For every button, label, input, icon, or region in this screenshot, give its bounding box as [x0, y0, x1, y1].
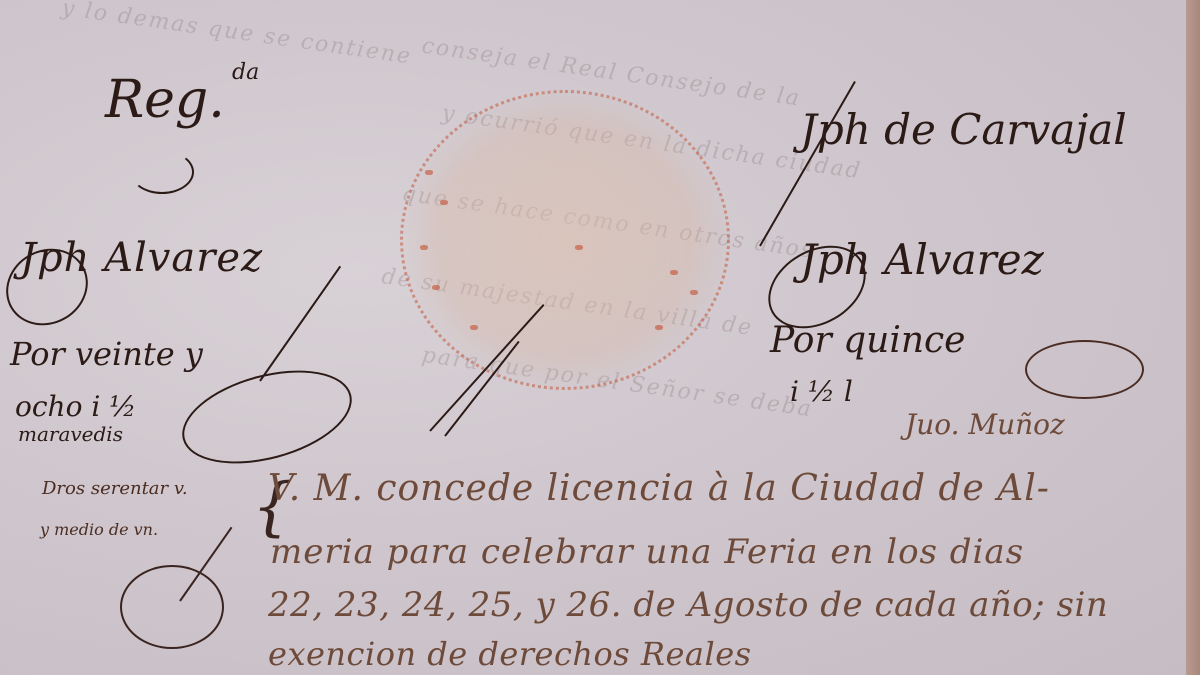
right-fee-line-2: i ½ l	[790, 375, 853, 408]
rubric-loop	[120, 565, 224, 649]
register-flourish	[130, 150, 194, 194]
seal-speck	[575, 245, 583, 250]
seal-speck	[440, 200, 448, 205]
body-line-4: exencion de derechos Reales	[268, 635, 752, 673]
seal-speck	[690, 290, 698, 295]
body-line-2: meria para celebrar una Feria en los dia…	[270, 532, 1024, 572]
left-fee-line-2: ocho i ½	[15, 390, 136, 423]
body-line-3: 22, 23, 24, 25, y 26. de Agosto de cada …	[268, 585, 1108, 625]
left-fee-note-1: Dros serentar v.	[42, 478, 188, 499]
red-seal-stamp	[400, 90, 730, 390]
right-fee-flourish	[1025, 340, 1144, 399]
seal-speck	[420, 245, 428, 250]
register-mark: Reg.	[105, 70, 225, 130]
chancery-mark: Jph de Carvajal	[800, 105, 1127, 154]
paper-edge	[1186, 0, 1200, 675]
seal-speck	[432, 285, 440, 290]
seal-speck	[470, 325, 478, 330]
seal-speck	[655, 325, 663, 330]
left-fee-note-2: y medio de vn.	[40, 520, 158, 539]
register-superscript: da	[232, 60, 259, 85]
left-fee-line-3: maravedis	[18, 422, 123, 446]
scribe-name: Juo. Muñoz	[905, 408, 1065, 441]
right-fee-line-1: Por quince	[770, 320, 966, 361]
seal-speck	[670, 270, 678, 275]
body-line-1: V. M. concede licencia à la Ciudad de Al…	[268, 468, 1050, 509]
left-fee-line-1: Por veinte y	[10, 335, 203, 373]
seal-speck	[425, 170, 433, 175]
